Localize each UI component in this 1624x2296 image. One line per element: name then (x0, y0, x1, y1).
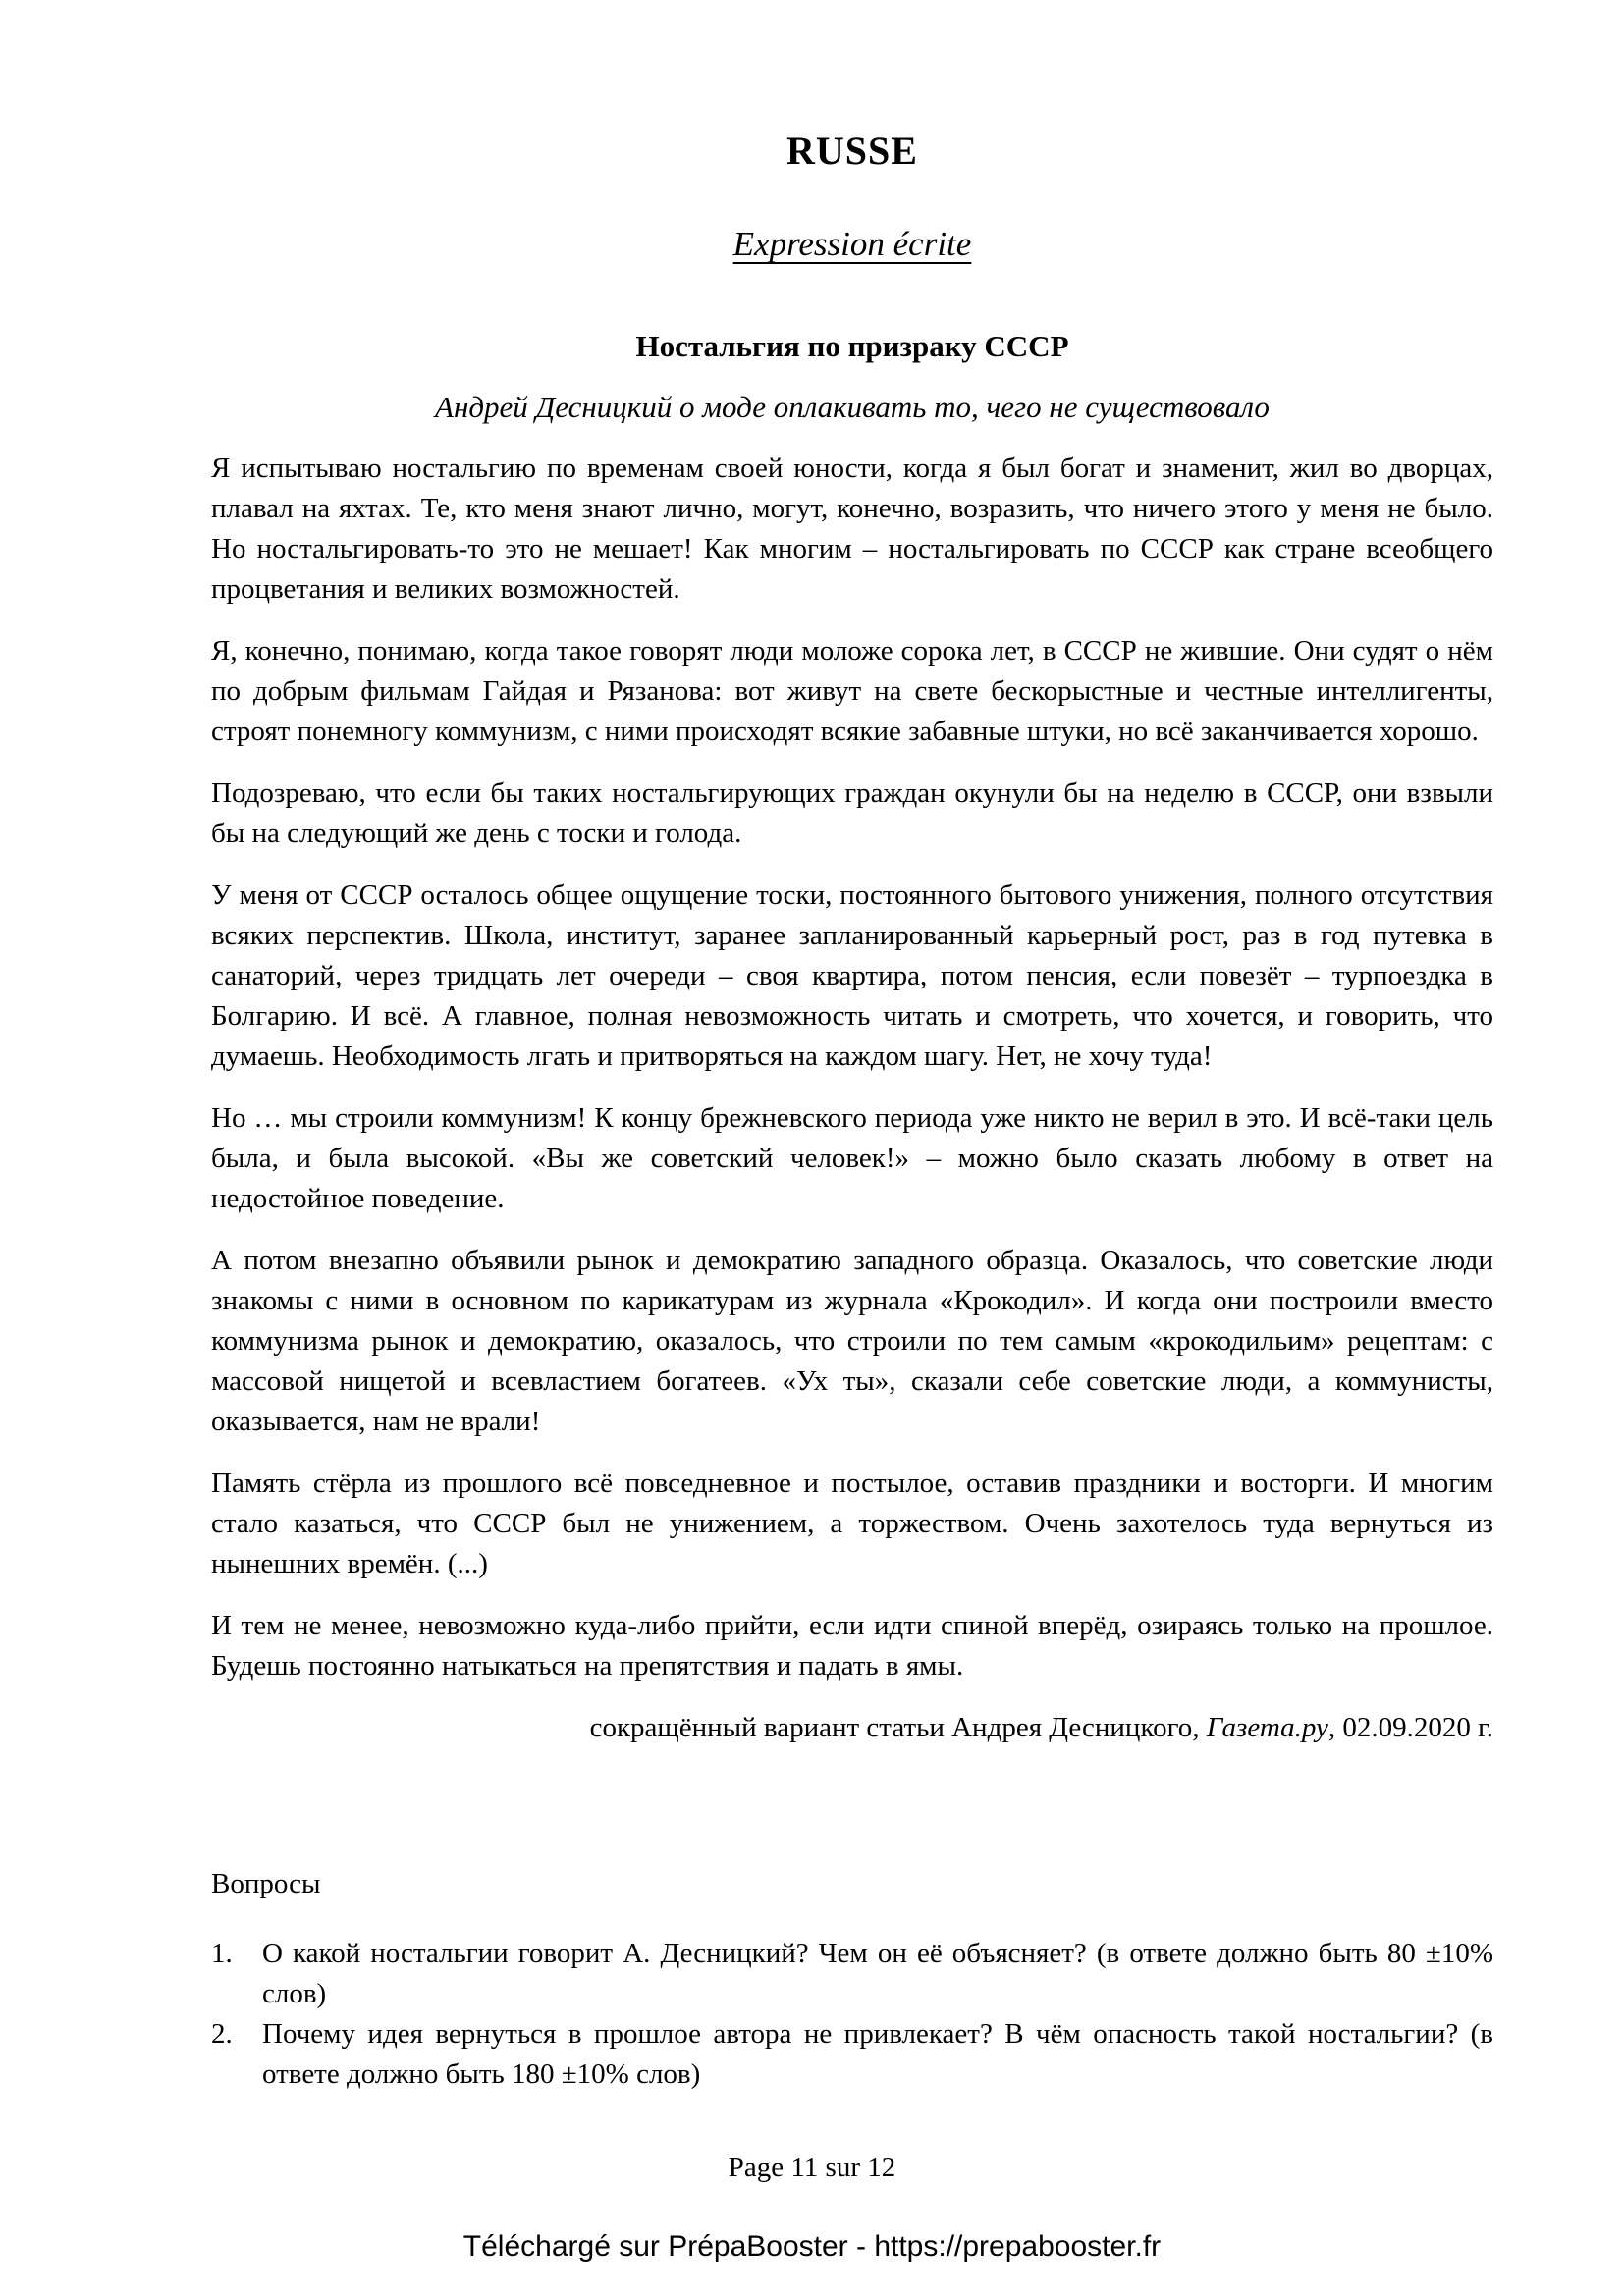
question-item: 1. О какой ностальгии говорит А. Десницк… (211, 1934, 1493, 2014)
article-paragraph: Подозреваю, что если бы таких ностальгир… (211, 774, 1493, 854)
question-text: О какой ностальгии говорит А. Десницкий?… (262, 1934, 1493, 2014)
article-source-line: сокращённый вариант статьи Андрея Десниц… (211, 1708, 1493, 1748)
page-content: RUSSE Expression écrite Ностальгия по пр… (211, 0, 1493, 2095)
question-text: Почему идея вернуться в прошлое автора н… (262, 2014, 1493, 2095)
question-item: 2. Почему идея вернуться в прошлое автор… (211, 2014, 1493, 2095)
question-number: 1. (211, 1934, 262, 2014)
article-subtitle: Андрей Десницкий о моде оплакивать то, ч… (211, 390, 1493, 425)
article-paragraph: А потом внезапно объявили рынок и демокр… (211, 1241, 1493, 1442)
subject-title: Expression écrite (211, 225, 1493, 264)
source-journal-name: Газета.ру (1207, 1712, 1328, 1743)
page-title: RUSSE (211, 128, 1493, 174)
article-title: Ностальгия по призраку СССР (211, 329, 1493, 364)
article-body: Я испытываю ностальгию по временам своей… (211, 449, 1493, 1686)
footer-download-note: Téléchargé sur PrépaBooster - https://pr… (0, 2230, 1624, 2264)
article-paragraph: И тем не менее, невозможно куда-либо при… (211, 1606, 1493, 1686)
article-paragraph: Память стёрла из прошлого всё повседневн… (211, 1464, 1493, 1584)
source-prefix: сокращённый вариант статьи Андрея Десниц… (590, 1712, 1207, 1743)
questions-list: 1. О какой ностальгии говорит А. Десницк… (211, 1934, 1493, 2095)
article-paragraph: Я, конечно, понимаю, когда такое говорят… (211, 631, 1493, 752)
question-number: 2. (211, 2014, 262, 2095)
questions-heading: Вопросы (211, 1864, 1493, 1904)
footer-page-number: Page 11 sur 12 (0, 2152, 1624, 2184)
article-paragraph: Я испытываю ностальгию по временам своей… (211, 449, 1493, 610)
source-suffix: , 02.09.2020 г. (1328, 1712, 1493, 1743)
document-page: RUSSE Expression écrite Ностальгия по пр… (0, 0, 1624, 2296)
article-paragraph: Но … мы строили коммунизм! К концу брежн… (211, 1098, 1493, 1219)
article-paragraph: У меня от СССР осталось общее ощущение т… (211, 876, 1493, 1077)
